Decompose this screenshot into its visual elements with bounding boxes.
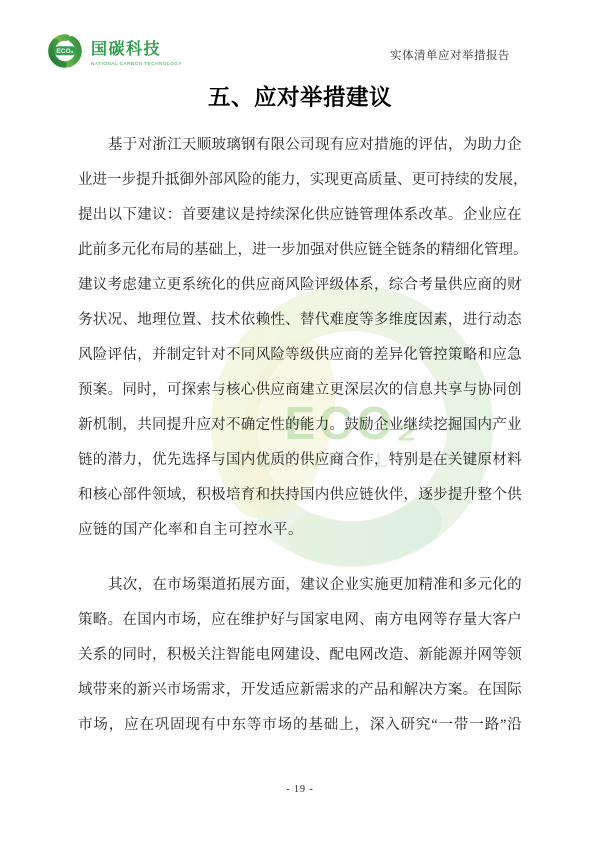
- body-text-line: 市场，应在巩固现有中东等市场的基础上，深入研究“一带一路”沿: [78, 708, 522, 743]
- report-page: ECO₂ TECHNOLOGY ECO₂: [0, 0, 600, 849]
- body-text-line: 新机制，共同提升应对不确定性的能力。鼓励企业继续挖掘国内产业: [78, 408, 522, 443]
- eco-leaf-logo-icon: ECO₂: [48, 34, 82, 68]
- logo-en-name: NATIONAL CARBON TECHNOLOGY: [91, 61, 182, 66]
- paragraph: 其次，在市场渠道拓展方面，建议企业实施更加精准和多元化的策略。在国内市场，应在维…: [78, 568, 522, 743]
- body-text-line: 业进一步提升抵御外部风险的能力，实现更高质量、更可持续的发展，: [78, 163, 522, 198]
- body-text-line: 风险评估，并制定针对不同风险等级供应商的差异化管控策略和应急: [78, 338, 522, 373]
- section-title: 五、应对举措建议: [0, 80, 600, 112]
- body-text-line: 建议考虑建立更系统化的供应商风险评级体系，综合考量供应商的财: [78, 268, 522, 303]
- body-text-line: 务状况、地理位置、技术依赖性、替代难度等多维度因素，进行动态: [78, 303, 522, 338]
- body-text-line: 提出以下建议：首要建议是持续深化供应链管理体系改革。企业应在: [78, 198, 522, 233]
- body-text-line: 和核心部件领域，积极培育和扶持国内供应链伙伴，逐步提升整个供: [78, 478, 522, 513]
- body-text: 基于对浙江天顺玻璃钢有限公司现有应对措施的评估，为助力企业进一步提升抵御外部风险…: [78, 128, 522, 743]
- body-text-line: 链的潜力，优先选择与国内优质的供应商合作，特别是在关键原材料: [78, 443, 522, 478]
- logo-text-block: 国碳科技 NATIONAL CARBON TECHNOLOGY: [91, 36, 182, 66]
- page-number: - 19 -: [0, 784, 600, 795]
- company-logo: ECO₂ 国碳科技 NATIONAL CARBON TECHNOLOGY: [48, 34, 182, 68]
- body-text-line: 预案。同时，可探索与核心供应商建立更深层次的信息共享与协同创: [78, 373, 522, 408]
- page-header: ECO₂ 国碳科技 NATIONAL CARBON TECHNOLOGY 实体清…: [0, 0, 600, 80]
- logo-cn-name: 国碳科技: [91, 36, 182, 59]
- body-text-line: 此前多元化布局的基础上，进一步加强对供应链全链条的精细化管理。: [78, 233, 522, 268]
- body-text-line: 域带来的新兴市场需求，开发适应新需求的产品和解决方案。在国际: [78, 673, 522, 708]
- body-text-line: 应链的国产化率和自主可控水平。: [78, 513, 522, 548]
- body-text-line: 基于对浙江天顺玻璃钢有限公司现有应对措施的评估，为助力企: [78, 128, 522, 163]
- body-text-line: 其次，在市场渠道拓展方面，建议企业实施更加精准和多元化的: [78, 568, 522, 603]
- paragraph: 基于对浙江天顺玻璃钢有限公司现有应对措施的评估，为助力企业进一步提升抵御外部风险…: [78, 128, 522, 548]
- header-doc-title: 实体清单应对举措报告: [390, 47, 510, 63]
- body-text-line: 关系的同时，积极关注智能电网建设、配电网改造、新能源并网等领: [78, 638, 522, 673]
- logo-eco-text: ECO₂: [56, 48, 73, 55]
- body-text-line: 策略。在国内市场，应在维护好与国家电网、南方电网等存量大客户: [78, 603, 522, 638]
